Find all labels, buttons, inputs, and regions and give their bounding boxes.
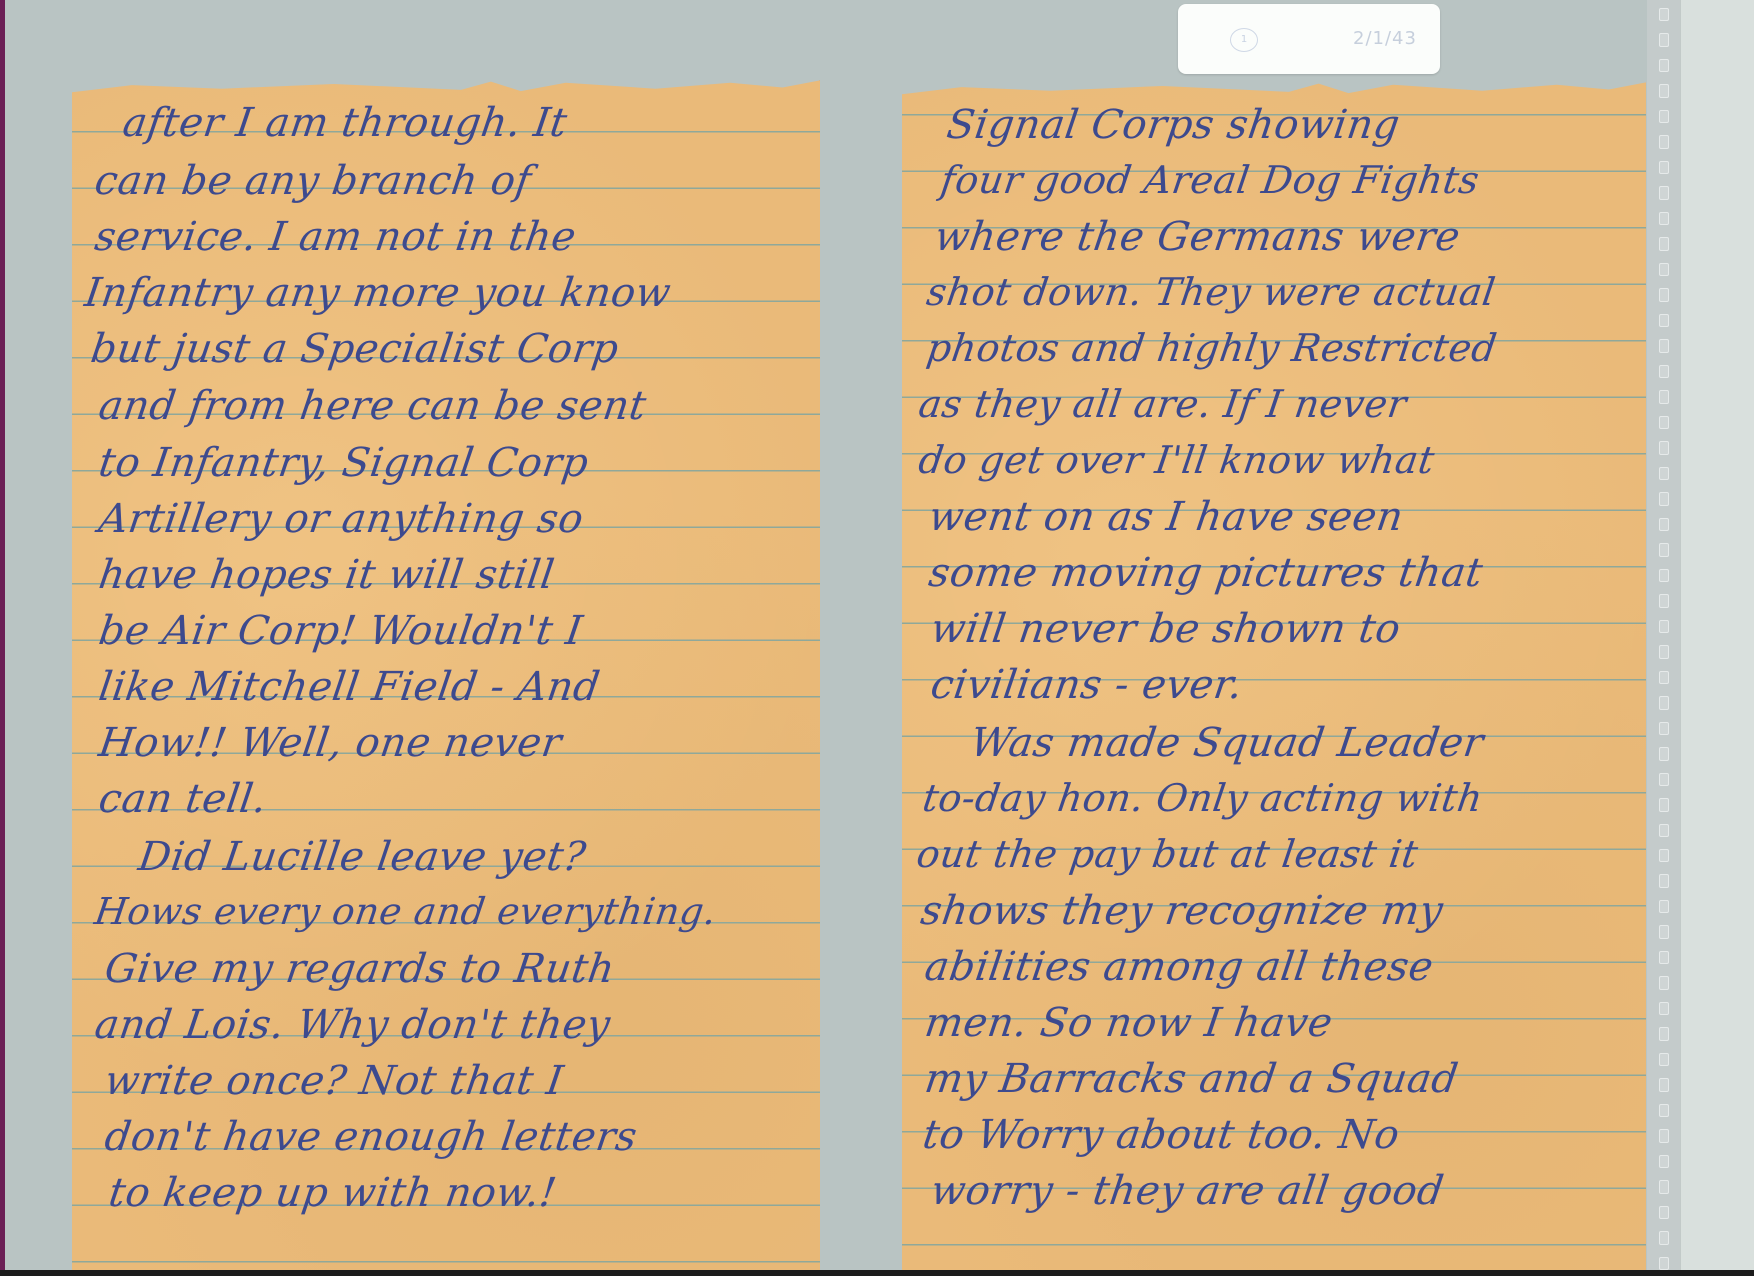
perforation-hole — [1659, 1257, 1669, 1270]
perforation-hole — [1659, 645, 1669, 658]
perforation-hole — [1659, 416, 1669, 429]
perforation-hole — [1659, 671, 1669, 684]
handwritten-line: my Barracks and a Squad — [922, 1056, 1461, 1102]
perforation-hole — [1659, 925, 1669, 938]
handwritten-line: men. So now I have — [922, 1000, 1336, 1046]
perforation-hole — [1659, 339, 1669, 352]
perforation-hole — [1659, 773, 1669, 786]
perforation-hole — [1659, 849, 1669, 862]
handwritten-line: to keep up with now.! — [106, 1170, 560, 1216]
perforation-hole — [1659, 59, 1669, 72]
perforation-hole — [1659, 161, 1669, 174]
perforation-hole — [1659, 569, 1669, 582]
handwritten-line: will never be shown to — [928, 606, 1404, 652]
handwritten-line: can be any branch of — [92, 158, 534, 204]
perforation-hole — [1659, 594, 1669, 607]
archive-label-tag: 1 2/1/43 — [1178, 4, 1440, 74]
handwritten-line: Artillery or anything so — [96, 496, 586, 542]
perforation-hole — [1659, 1053, 1669, 1066]
sleeve-perforation-strip — [1647, 0, 1680, 1270]
handwritten-line: How!! Well, one never — [96, 720, 565, 766]
handwritten-line: worry - they are all good — [928, 1168, 1447, 1214]
perforation-hole — [1659, 543, 1669, 556]
handwritten-line: Was made Squad Leader — [928, 720, 1487, 766]
handwritten-line: shows they recognize my — [918, 888, 1446, 934]
perforation-hole — [1659, 492, 1669, 505]
perforation-hole — [1659, 824, 1669, 837]
handwritten-line: to-day hon. Only acting with — [920, 776, 1486, 820]
letter-page-right: Signal Corps showing four good Areal Dog… — [902, 80, 1646, 1270]
letter-page-left: after I am through. It can be any branch… — [72, 78, 820, 1270]
perforation-hole — [1659, 1155, 1669, 1168]
handwritten-line: abilities among all these — [922, 944, 1436, 990]
perforation-hole — [1659, 1027, 1669, 1040]
handwritten-line: and Lois. Why don't they — [92, 1002, 613, 1048]
perforation-hole — [1659, 1104, 1669, 1117]
perforation-hole — [1659, 263, 1669, 276]
handwritten-line: photos and highly Restricted — [924, 326, 1500, 370]
handwritten-line: and from here can be sent — [96, 383, 649, 429]
perforation-hole — [1659, 84, 1669, 97]
handwritten-line: Did Lucille leave yet? — [96, 834, 589, 880]
perforation-hole — [1659, 696, 1669, 709]
handwritten-line: don't have enough letters — [102, 1114, 640, 1160]
perforation-hole — [1659, 186, 1669, 199]
protective-sleeve-margin — [1680, 0, 1754, 1270]
perforation-hole — [1659, 467, 1669, 480]
perforation-hole — [1659, 1129, 1669, 1142]
handwritten-line: where the Germans were — [932, 214, 1463, 260]
perforation-hole — [1659, 798, 1669, 811]
perforation-hole — [1659, 110, 1669, 123]
handwritten-line: be Air Corp! Wouldn't I — [96, 608, 586, 654]
perforation-hole — [1659, 900, 1669, 913]
handwritten-line: civilians - ever. — [928, 662, 1246, 708]
handwritten-line: after I am through. It — [120, 100, 570, 146]
perforation-hole — [1659, 1231, 1669, 1244]
perforation-hole — [1659, 620, 1669, 633]
circled-number: 1 — [1230, 28, 1258, 52]
handwritten-line: some moving pictures that — [926, 550, 1486, 596]
perforation-hole — [1659, 722, 1669, 735]
perforation-hole — [1659, 365, 1669, 378]
handwritten-line: service. I am not in the — [92, 214, 579, 260]
handwritten-line: went on as I have seen — [926, 494, 1406, 540]
handwritten-line: write once? Not that I — [102, 1058, 566, 1104]
handwritten-line: like Mitchell Field - And — [96, 664, 603, 710]
perforation-hole — [1659, 288, 1669, 301]
handwritten-line: have hopes it will still — [96, 552, 557, 598]
handwritten-line: but just a Specialist Corp — [88, 326, 622, 372]
handwritten-line: as they all are. If I never — [916, 382, 1410, 426]
handwritten-line: shot down. They were actual — [924, 270, 1498, 314]
handwritten-line: four good Areal Dog Fights — [938, 158, 1482, 202]
perforation-hole — [1659, 1180, 1669, 1193]
scanner-edge-border — [0, 0, 5, 1276]
handwritten-line: do get over I'll know what — [916, 438, 1437, 482]
perforation-hole — [1659, 874, 1669, 887]
handwritten-line: Signal Corps showing — [944, 102, 1403, 148]
perforation-hole — [1659, 1078, 1669, 1091]
perforation-hole — [1659, 1206, 1669, 1219]
handwritten-line: can tell. — [96, 776, 270, 822]
perforation-hole — [1659, 33, 1669, 46]
perforation-hole — [1659, 237, 1669, 250]
handwritten-line: out the pay but at least it — [914, 832, 1421, 876]
perforation-hole — [1659, 212, 1669, 225]
perforation-hole — [1659, 951, 1669, 964]
perforation-hole — [1659, 8, 1669, 21]
handwritten-line: Infantry any more you know — [82, 270, 674, 316]
label-date: 2/1/43 — [1353, 28, 1417, 49]
perforation-hole — [1659, 441, 1669, 454]
perforation-hole — [1659, 518, 1669, 531]
handwritten-line: Hows every one and everything. — [92, 890, 719, 933]
perforation-hole — [1659, 747, 1669, 760]
perforation-hole — [1659, 135, 1669, 148]
perforation-hole — [1659, 1002, 1669, 1015]
handwritten-line: to Worry about too. No — [920, 1112, 1403, 1158]
handwritten-line: Give my regards to Ruth — [102, 946, 618, 992]
perforation-hole — [1659, 390, 1669, 403]
handwritten-line: to Infantry, Signal Corp — [96, 440, 592, 486]
scanner-bottom-edge — [0, 1270, 1754, 1276]
perforation-hole — [1659, 976, 1669, 989]
perforation-hole — [1659, 314, 1669, 327]
